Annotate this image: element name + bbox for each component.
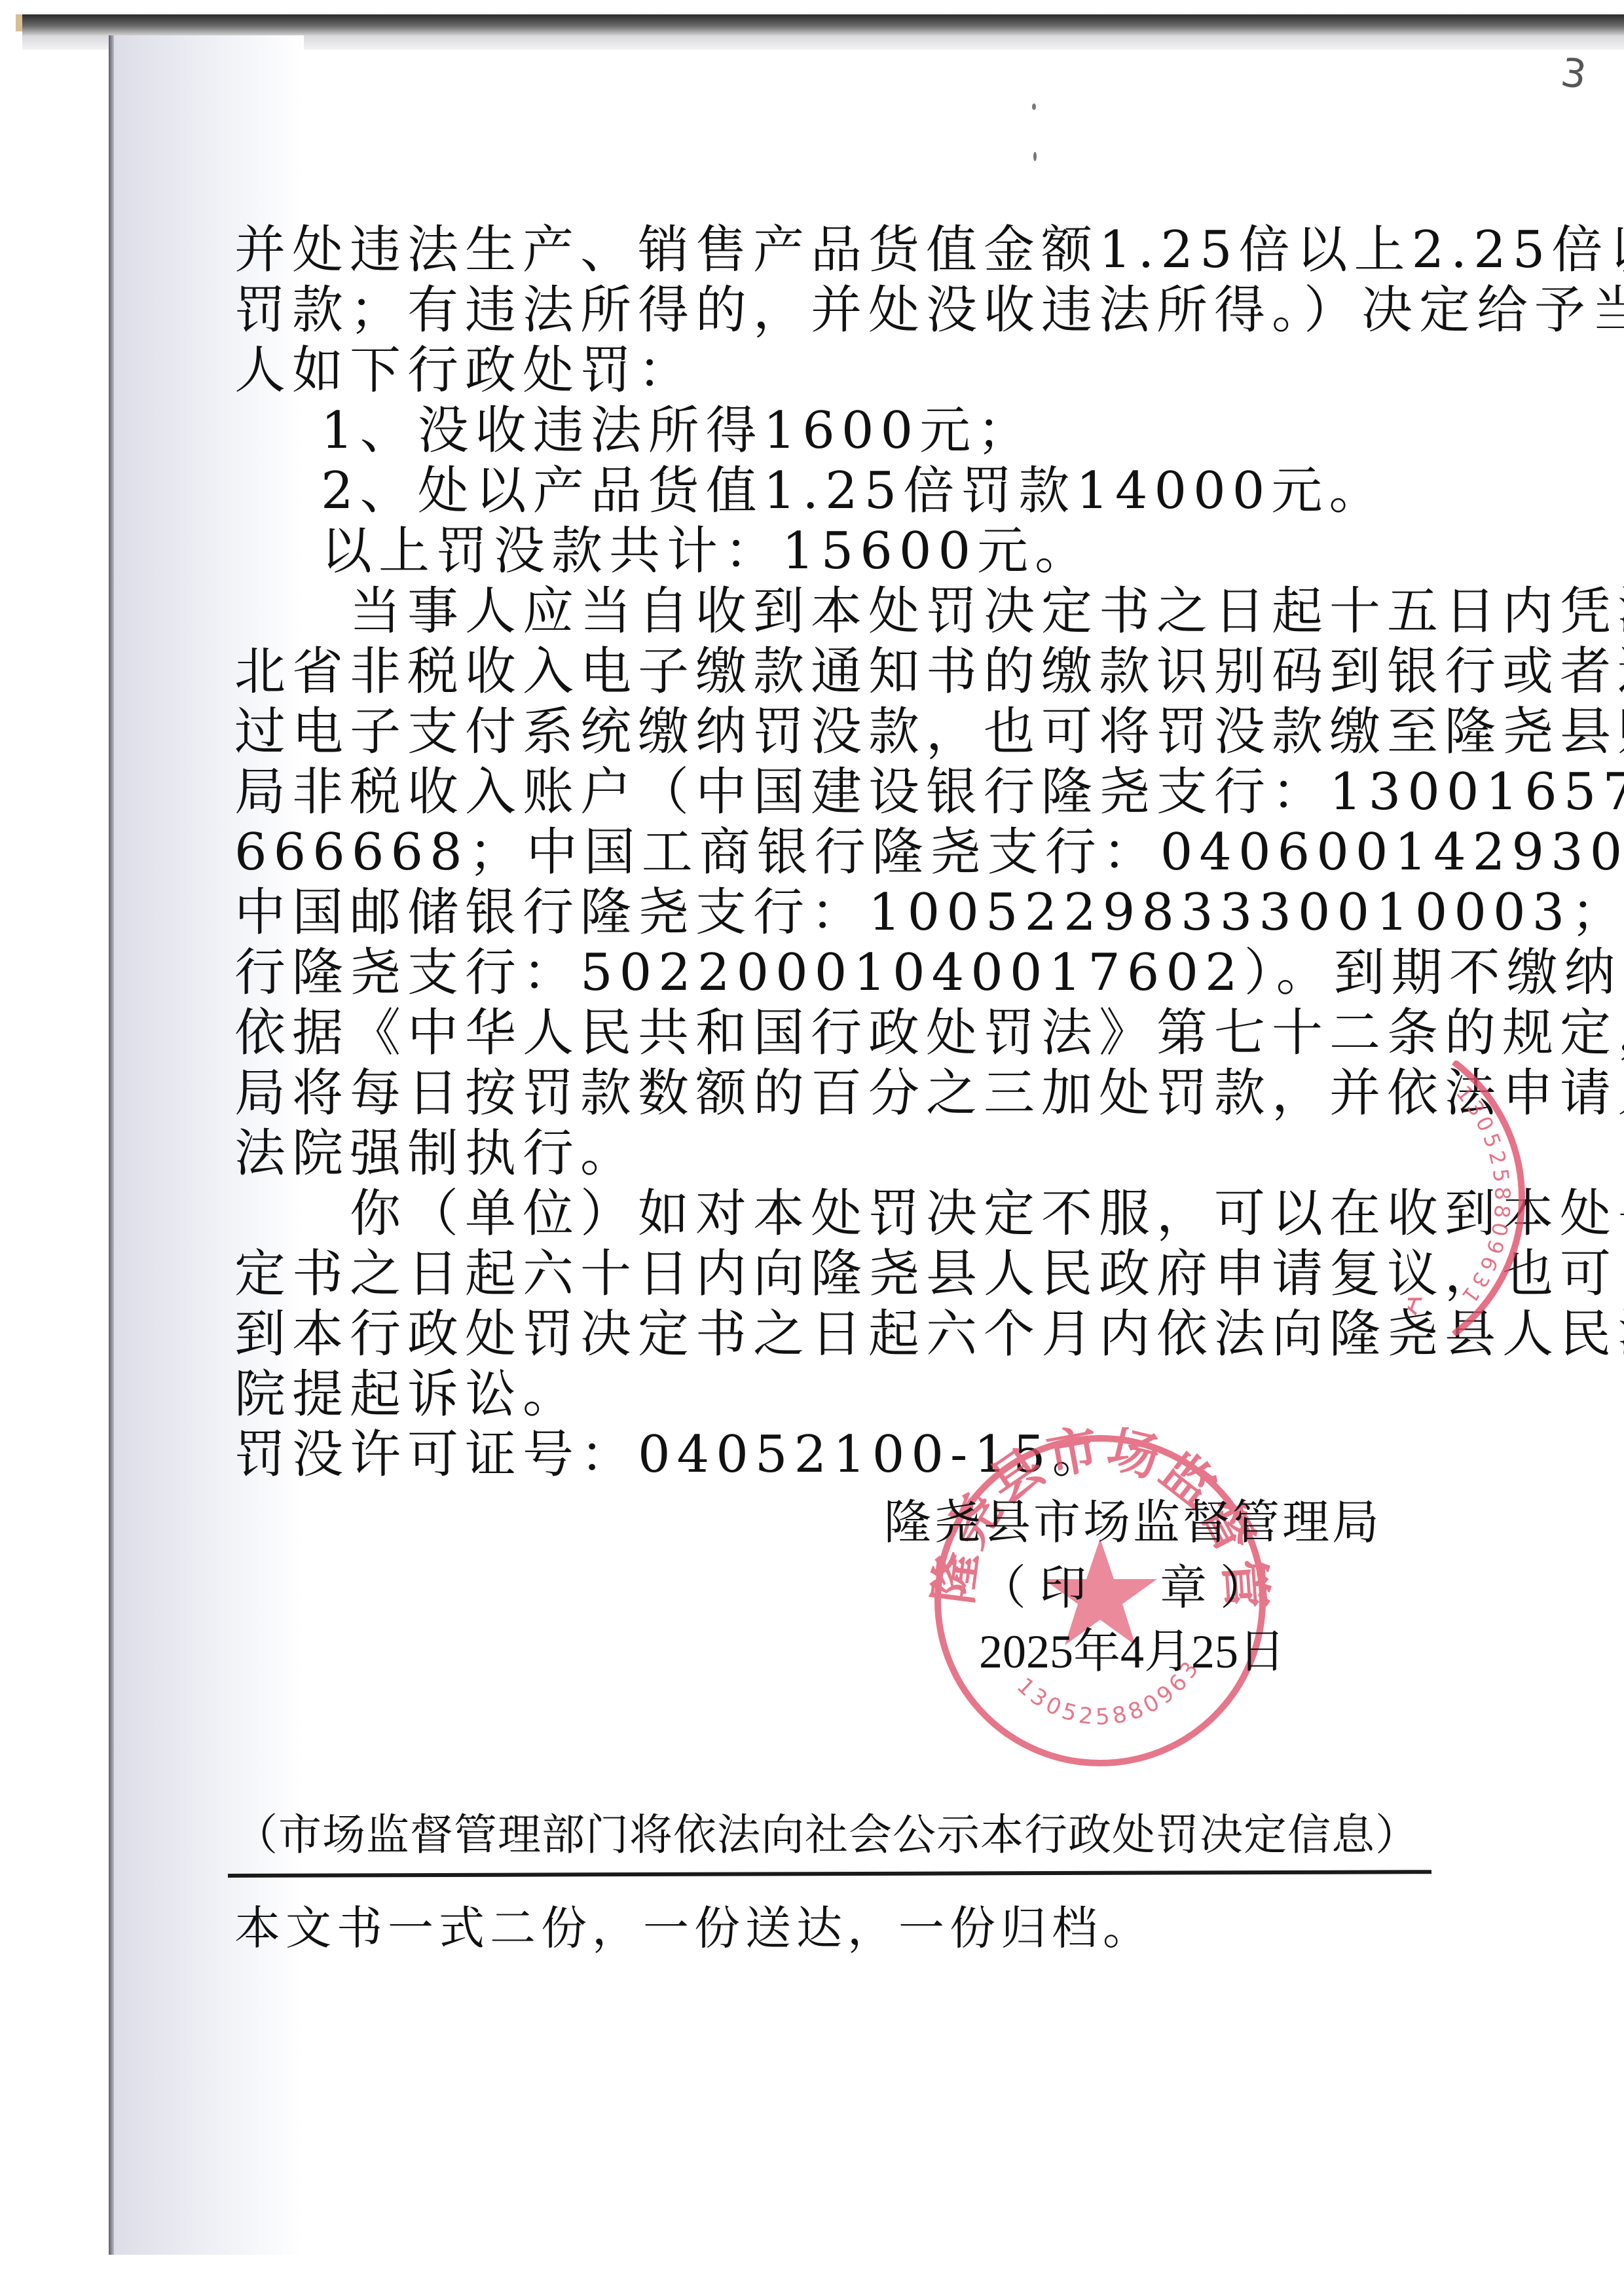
scan-binding-fold xyxy=(109,35,114,2255)
body-line: 法院强制执行。 xyxy=(234,1123,1374,1184)
decision-body: 并处违法生产、销售产品货值金额1.25倍以上2.25倍以下的 罚款；有违法所得的… xyxy=(234,220,1374,1485)
body-line: 人如下行政处罚： xyxy=(234,340,1374,401)
handwritten-page-number: 3 xyxy=(1558,50,1589,99)
copies-note: 本文书一式二份，一份送达，一份归档。 xyxy=(234,1899,1154,1958)
bank-account-line: 行隆尧支行：50220001040017602）。到期不缴纳罚款的， xyxy=(234,943,1374,1003)
penalty-item-2: 2、处以产品货值1.25倍罚款14000元。 xyxy=(234,461,1374,521)
body-line: 罚款；有违法所得的，并处没收违法所得。）决定给予当事 xyxy=(234,280,1374,340)
scan-speck xyxy=(1032,103,1036,110)
publicity-notice: （市场监督管理部门将依法向社会公示本行政处罚决定信息） xyxy=(234,1806,1419,1865)
body-line: 过电子支付系统缴纳罚没款，也可将罚没款缴至隆尧县财政 xyxy=(234,702,1374,762)
footer-divider xyxy=(228,1870,1431,1878)
body-line: 并处违法生产、销售产品货值金额1.25倍以上2.25倍以下的 xyxy=(234,220,1374,280)
bank-account-line: 666668；中国工商银行隆尧支行：0406001429300119547； xyxy=(234,822,1374,883)
scan-margin xyxy=(0,31,13,2257)
issue-date: 2025年4月25日 xyxy=(979,1619,1285,1685)
body-line: 北省非税收入电子缴款通知书的缴款识别码到银行或者通 xyxy=(234,642,1374,702)
issuing-authority: 隆尧县市场监督管理局 xyxy=(884,1489,1382,1555)
appeal-paragraph-start: 你（单位）如对本处罚决定不服，可以在收到本处罚决 xyxy=(234,1184,1374,1244)
body-line: 依据《中华人民共和国行政处罚法》第七十二条的规定，本 xyxy=(234,1003,1374,1063)
body-line: 到本行政处罚决定书之日起六个月内依法向隆尧县人民法 xyxy=(234,1304,1374,1364)
scan-speck xyxy=(1033,152,1037,161)
scan-left-strip xyxy=(13,31,109,2257)
scan-top-edge xyxy=(22,14,1624,35)
bank-account-line: 中国邮储银行隆尧支行：100522983330010003；中国农业银 xyxy=(234,883,1374,943)
bank-account-line: 局非税收入账户（中国建设银行隆尧支行：13001657508058 xyxy=(234,762,1374,822)
body-line: 局将每日按罚款数额的百分之三加处罚款，并依法申请人民 xyxy=(234,1063,1374,1123)
seal-label: （印 章） xyxy=(979,1555,1280,1620)
body-line: 院提起诉讼。 xyxy=(234,1364,1374,1425)
penalty-item-1: 1、没收违法所得1600元； xyxy=(234,401,1374,461)
penalty-total: 以上罚没款共计：15600元。 xyxy=(234,521,1374,581)
license-number: 罚没许可证号：04052100-15。 xyxy=(234,1425,1374,1485)
payment-paragraph-start: 当事人应当自收到本处罚决定书之日起十五日内凭河 xyxy=(234,581,1374,642)
body-line: 定书之日起六十日内向隆尧县人民政府申请复议，也可自收 xyxy=(234,1244,1374,1304)
